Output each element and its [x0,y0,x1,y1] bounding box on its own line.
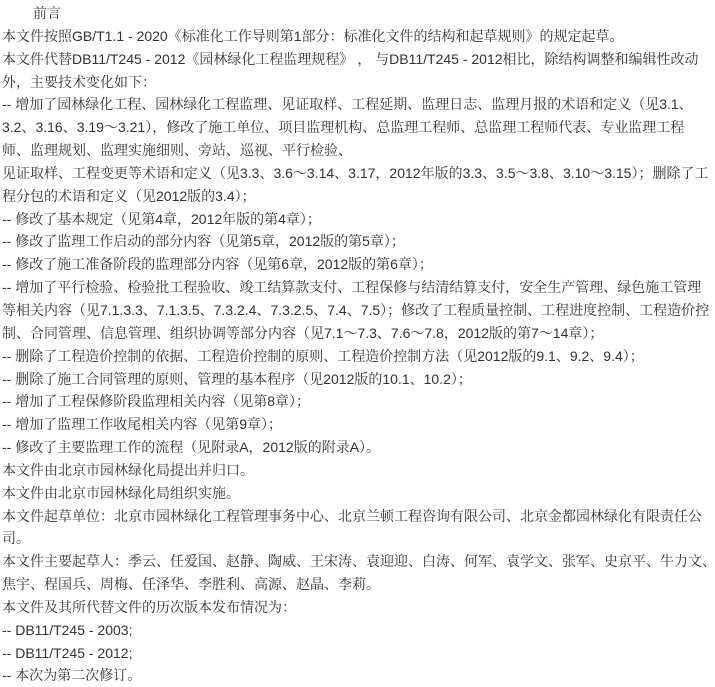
document-line: 本文件代替DB11/T245 - 2012《园林绿化工程监理规程》 ， 与DB1… [2,48,713,71]
document-line: -- 增加了园林绿化工程、园林绿化工程监理、见证取样、工程延期、监理日志、监理月… [2,93,713,116]
document-line: 外，主要技术变化如下： [2,71,713,94]
document-page: 前言 本文件按照GB/T1.1 - 2020《标准化工作导则第1部分：标准化文件… [0,0,715,687]
document-line: -- 增加了监理工作收尾相关内容（见第9章）； [2,413,713,436]
document-line: -- DB11/T245 - 2012; [2,642,713,665]
document-line: -- 修改了监理工作启动的部分内容（见第5章，2012版的第5章）； [2,230,713,253]
document-line: 见证取样、工程变更等术语和定义（见3.3、3.6～3.14、3.17，2012年… [2,162,713,185]
document-line: -- 增加了平行检验、检验批工程验收、竣工结算款支付、工程保修与结清结算支付，安… [2,276,713,299]
document-line: 本文件由北京市园林绿化局提出并归口。 [2,459,713,482]
document-title: 前言 [2,2,713,25]
document-line: 本文件由北京市园林绿化局组织实施。 [2,482,713,505]
document-line: 本文件主要起草人：季云、任爱国、赵静、陶威、王宋涛、袁迎迎、白涛、何军、袁学文、… [2,550,713,573]
document-line: -- 删除了施工合同管理的原则、管理的基本程序（见2012版的10.1、10.2… [2,368,713,391]
document-line: 师、监理规划、监理实施细则、旁站、巡视、平行检验、 [2,139,713,162]
document-line: 3.2、3.16、3.19～3.21），修改了施工单位、项目监理机构、总监理工程… [2,116,713,139]
document-line: 制、合同管理、信息管理、组织协调等部分内容（见7.1～7.3、7.6～7.8，2… [2,322,713,345]
document-line: 等相关内容（见7.1.3.3、7.1.3.5、7.3.2.4、7.3.2.5、7… [2,299,713,322]
document-line: 程分包的术语和定义（见2012版的3.4）； [2,185,713,208]
document-line: -- 修改了基本规定（见第4章，2012年版的第4章）； [2,208,713,231]
document-line: 本文件及其所代替文件的历次版本发布情况为： [2,596,713,619]
document-line: -- DB11/T245 - 2003; [2,619,713,642]
document-line: -- 修改了施工准备阶段的监理部分内容（见第6章，2012版的第6章）； [2,253,713,276]
document-line: -- 增加了工程保修阶段监理相关内容（见第8章）； [2,390,713,413]
document-line: -- 本次为第二次修订。 [2,664,713,687]
document-line: 本文件起草单位：北京市园林绿化工程管理事务中心、北京兰顿工程咨询有限公司、北京金… [2,505,713,528]
document-line: -- 修改了主要监理工作的流程（见附录A，2012版的附录A）。 [2,436,713,459]
document-line: -- 删除了工程造价控制的依据、工程造价控制的原则、工程造价控制方法（见2012… [2,345,713,368]
document-line: 司。 [2,527,713,550]
document-line: 本文件按照GB/T1.1 - 2020《标准化工作导则第1部分：标准化文件的结构… [2,25,713,48]
document-line: 焦宇、程国兵、周梅、任泽华、李胜利、高源、赵晶、李莉。 [2,573,713,596]
